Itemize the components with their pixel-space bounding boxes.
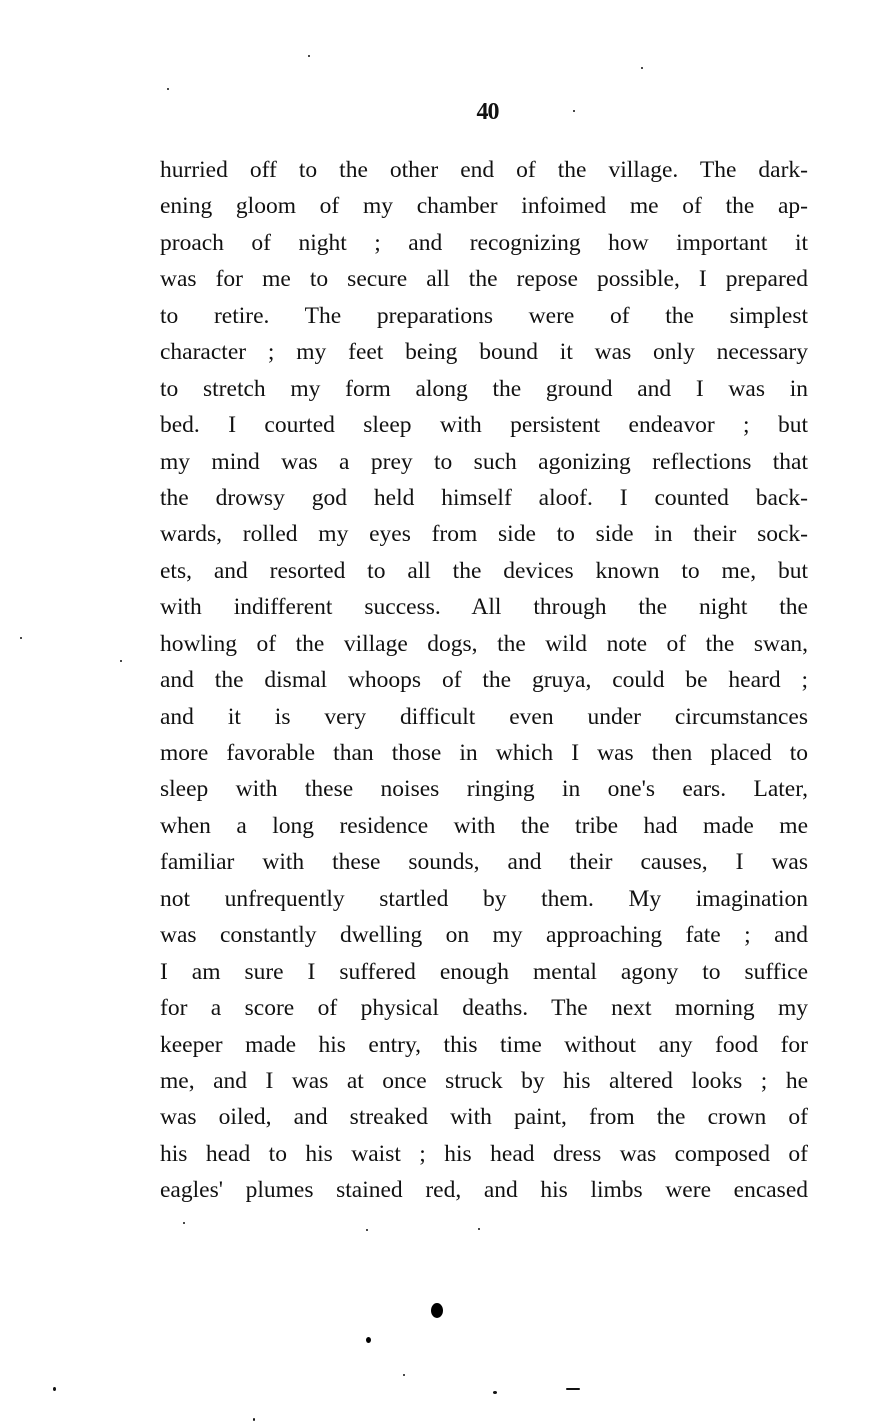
text-line: his head to his waist ; his head dress w… xyxy=(160,1136,808,1172)
text-line: keeper made his entry, this time without… xyxy=(160,1027,808,1063)
scan-speck xyxy=(120,660,122,662)
scan-speck xyxy=(641,67,643,69)
text-line: sleep with these noises ringing in one's… xyxy=(160,771,808,807)
text-line: bed. I courted sleep with persistent end… xyxy=(160,407,808,443)
text-line: and the dismal whoops of the gruya, coul… xyxy=(160,662,808,698)
scan-speck xyxy=(493,1391,497,1394)
scan-speck xyxy=(366,1229,368,1231)
text-line: ets, and resorted to all the devices kno… xyxy=(160,553,808,589)
page-number: 40 xyxy=(0,97,888,127)
scan-speck xyxy=(573,110,575,112)
scan-speck xyxy=(183,1222,185,1224)
scan-speck xyxy=(403,1374,405,1376)
text-line: hurried off to the other end of the vill… xyxy=(160,152,808,188)
text-line: me, and I was at once struck by his alte… xyxy=(160,1063,808,1099)
text-line: and it is very difficult even under circ… xyxy=(160,699,808,735)
text-line: familiar with these sounds, and their ca… xyxy=(160,844,808,880)
text-line: the drowsy god held himself aloof. I cou… xyxy=(160,480,808,516)
text-line: not unfrequently startled by them. My im… xyxy=(160,881,808,917)
scan-speck xyxy=(20,637,22,639)
text-line: eagles' plumes stained red, and his limb… xyxy=(160,1172,808,1208)
text-line: my mind was a prey to such agonizing ref… xyxy=(160,444,808,480)
scan-speck xyxy=(478,1228,480,1230)
text-line: character ; my feet being bound it was o… xyxy=(160,334,808,370)
text-line: wards, rolled my eyes from side to side … xyxy=(160,516,808,552)
text-line: for a score of physical deaths. The next… xyxy=(160,990,808,1026)
text-line: howling of the village dogs, the wild no… xyxy=(160,626,808,662)
text-line: ening gloom of my chamber infoimed me of… xyxy=(160,188,808,224)
scan-speck xyxy=(566,1388,580,1390)
text-line: with indifferent success. All through th… xyxy=(160,589,808,625)
text-line: to retire. The preparations were of the … xyxy=(160,298,808,334)
text-line: proach of night ; and recognizing how im… xyxy=(160,225,808,261)
text-line: was constantly dwelling on my approachin… xyxy=(160,917,808,953)
scan-speck xyxy=(308,55,310,57)
body-text: hurried off to the other end of the vill… xyxy=(160,152,808,1209)
text-line: more favorable than those in which I was… xyxy=(160,735,808,771)
scan-speck xyxy=(53,1387,56,1391)
text-line: was oiled, and streaked with paint, from… xyxy=(160,1099,808,1135)
text-line: I am sure I suffered enough mental agony… xyxy=(160,954,808,990)
ink-blot xyxy=(431,1303,443,1318)
text-line: to stretch my form along the ground and … xyxy=(160,371,808,407)
scan-speck xyxy=(167,88,169,90)
scan-speck xyxy=(253,1418,255,1421)
text-line: when a long residence with the tribe had… xyxy=(160,808,808,844)
ink-speck xyxy=(366,1337,371,1343)
text-line: was for me to secure all the repose poss… xyxy=(160,261,808,297)
